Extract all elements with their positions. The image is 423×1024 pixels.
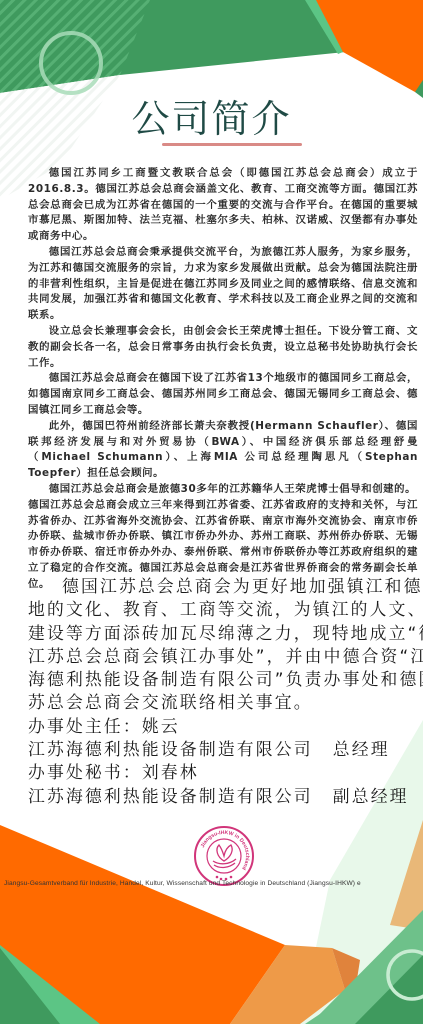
office-line: 苏总会总商会交流联络相关事宜。 [28, 691, 423, 714]
intro-paragraph: 设立总会长兼理事会会长，由创会会长王荣虎博士担任。下设分管工商、文教的副会长各一… [28, 324, 418, 371]
poster: 公司简介 德国江苏同乡工商暨文教联合总会（即德国江苏总会总商会）成立于2016.… [0, 0, 423, 1024]
organization-name: Jiangsu-Gesamtverband für Industrie, Han… [4, 880, 423, 887]
intro-section: 德国江苏同乡工商暨文教联合总会（即德国江苏总会总商会）成立于2016.8.3。德… [28, 166, 418, 593]
intro-paragraph: 德国江苏总会总商会在德国下设了江苏省13个地级市的德国同乡工商总会，如德国南京同… [28, 371, 418, 418]
intro-paragraph: 德国江苏总会总商会是旅德30多年的江苏籍华人王荣虎博士倡导和创建的。 [28, 482, 418, 498]
office-line: 地的文化、教育、工商等交流，为镇江的人文、经济 [28, 598, 423, 621]
page-title: 公司简介 [0, 96, 423, 142]
office-line: 建设等方面添砖加瓦尽绵薄之力，现特地成立“德国 [28, 622, 423, 645]
secretary-affiliation: 江苏海德利热能设备制造有限公司 副总经理 [28, 785, 423, 808]
director-role: 总经理 [333, 738, 390, 761]
director-affiliation: 江苏海德利热能设备制造有限公司 总经理 [28, 738, 423, 761]
intro-paragraph: 德国江苏同乡工商暨文教联合总会（即德国江苏总会总商会）成立于2016.8.3。德… [28, 166, 418, 245]
intro-paragraph: 德国江苏总会总商会秉承提供交流平台，为旅德江苏人服务，为家乡服务，为江苏和德国交… [28, 245, 418, 324]
secretary-label: 办事处秘书：刘春林 [28, 761, 423, 784]
office-section: 德国江苏总会总商会为更好地加强镇江和德国二 地的文化、教育、工商等交流，为镇江的… [28, 575, 423, 808]
title-underline [162, 143, 302, 146]
lotus-seal-icon: Jiangsu-IHKW in Deutschland [193, 825, 255, 887]
office-line: 江苏总会总商会镇江办事处”，并由中德合资“江苏 [28, 645, 423, 668]
office-line: 德国江苏总会总商会为更好地加强镇江和德国二 [28, 575, 423, 598]
office-line: 海德利热能设备制造有限公司”负责办事处和德国江 [28, 668, 423, 691]
secretary-company: 江苏海德利热能设备制造有限公司 [28, 785, 313, 808]
director-label: 办事处主任：姚云 [28, 715, 423, 738]
secretary-role: 副总经理 [333, 785, 409, 808]
director-company: 江苏海德利热能设备制造有限公司 [28, 738, 313, 761]
intro-paragraph: 此外，德国巴符州前经济部长萧夫奈教授(Hermann Schaufler）、德国… [28, 419, 418, 482]
